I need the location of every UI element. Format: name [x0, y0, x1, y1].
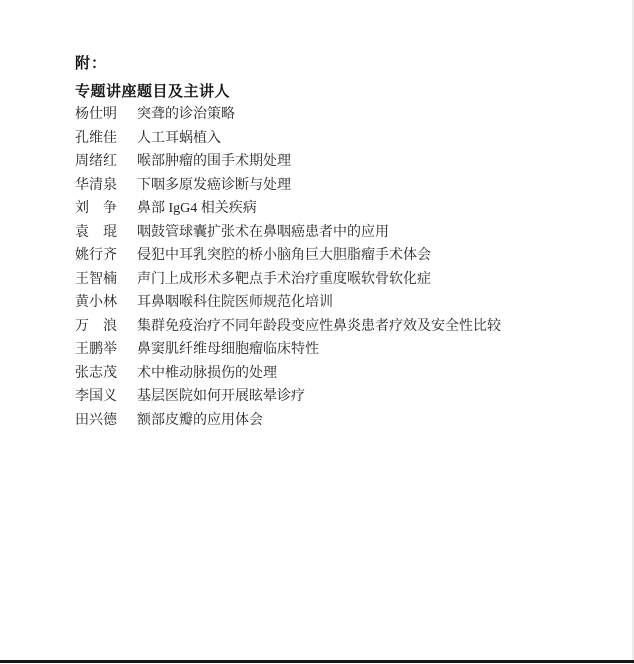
speaker-name: 孔维佳 — [75, 127, 137, 151]
speaker-name: 田兴德 — [75, 409, 137, 433]
lecture-row: 张志茂 术中椎动脉损伤的处理 — [75, 362, 595, 386]
speaker-name: 黄小林 — [75, 291, 137, 315]
lecture-topic: 集群免疫治疗不同年龄段变应性鼻炎患者疗效及安全性比较 — [137, 315, 595, 339]
lecture-topic: 术中椎动脉损伤的处理 — [137, 362, 595, 386]
speaker-name: 袁 琨 — [75, 221, 137, 245]
lecture-row: 周绪红 喉部肿瘤的围手术期处理 — [75, 150, 595, 174]
lecture-topic: 咽鼓管球囊扩张术在鼻咽癌患者中的应用 — [137, 221, 595, 245]
speaker-name: 张志茂 — [75, 362, 137, 386]
lecture-topic: 鼻窦肌纤维母细胞瘤临床特性 — [137, 338, 595, 362]
lecture-row: 袁 琨 咽鼓管球囊扩张术在鼻咽癌患者中的应用 — [75, 221, 595, 245]
lecture-topic: 基层医院如何开展眩晕诊疗 — [137, 385, 595, 409]
lecture-row: 王鹏举 鼻窦肌纤维母细胞瘤临床特性 — [75, 338, 595, 362]
lecture-topic: 突聋的诊治策略 — [137, 103, 595, 127]
speaker-name: 万 浪 — [75, 315, 137, 339]
lecture-topic: 耳鼻咽喉科住院医师规范化培训 — [137, 291, 595, 315]
section-heading: 专题讲座题目及主讲人 — [75, 84, 595, 101]
lecture-topic: 喉部肿瘤的围手术期处理 — [137, 150, 595, 174]
lecture-row: 华清泉 下咽多原发癌诊断与处理 — [75, 174, 595, 198]
speaker-name: 李国义 — [75, 385, 137, 409]
lecture-topic: 侵犯中耳乳突腔的桥小脑角巨大胆脂瘤手术体会 — [137, 244, 595, 268]
lecture-row: 王智楠 声门上成形术多靶点手术治疗重度喉软骨软化症 — [75, 268, 595, 292]
lecture-row: 姚行齐 侵犯中耳乳突腔的桥小脑角巨大胆脂瘤手术体会 — [75, 244, 595, 268]
page-bottom-rule — [0, 660, 634, 663]
lecture-topic: 人工耳蜗植入 — [137, 127, 595, 151]
speaker-name: 华清泉 — [75, 174, 137, 198]
lecture-topic: 额部皮瓣的应用体会 — [137, 409, 595, 433]
document-page: 附： 专题讲座题目及主讲人 杨仕明 突聋的诊治策略 孔维佳 人工耳蜗植入 周绪红… — [0, 0, 634, 664]
lecture-list: 杨仕明 突聋的诊治策略 孔维佳 人工耳蜗植入 周绪红 喉部肿瘤的围手术期处理 华… — [75, 103, 595, 432]
speaker-name: 王鹏举 — [75, 338, 137, 362]
lecture-row: 刘 争 鼻部 IgG4 相关疾病 — [75, 197, 595, 221]
lecture-topic: 鼻部 IgG4 相关疾病 — [137, 197, 595, 221]
lecture-row: 孔维佳 人工耳蜗植入 — [75, 127, 595, 151]
attachment-label: 附： — [75, 56, 595, 73]
lecture-row: 黄小林 耳鼻咽喉科住院医师规范化培训 — [75, 291, 595, 315]
speaker-name: 刘 争 — [75, 197, 137, 221]
lecture-row: 杨仕明 突聋的诊治策略 — [75, 103, 595, 127]
document-content: 附： 专题讲座题目及主讲人 杨仕明 突聋的诊治策略 孔维佳 人工耳蜗植入 周绪红… — [75, 56, 595, 432]
speaker-name: 周绪红 — [75, 150, 137, 174]
lecture-row: 万 浪 集群免疫治疗不同年龄段变应性鼻炎患者疗效及安全性比较 — [75, 315, 595, 339]
lecture-topic: 下咽多原发癌诊断与处理 — [137, 174, 595, 198]
lecture-topic: 声门上成形术多靶点手术治疗重度喉软骨软化症 — [137, 268, 595, 292]
speaker-name: 王智楠 — [75, 268, 137, 292]
lecture-row: 李国义 基层医院如何开展眩晕诊疗 — [75, 385, 595, 409]
lecture-row: 田兴德 额部皮瓣的应用体会 — [75, 409, 595, 433]
speaker-name: 杨仕明 — [75, 103, 137, 127]
speaker-name: 姚行齐 — [75, 244, 137, 268]
